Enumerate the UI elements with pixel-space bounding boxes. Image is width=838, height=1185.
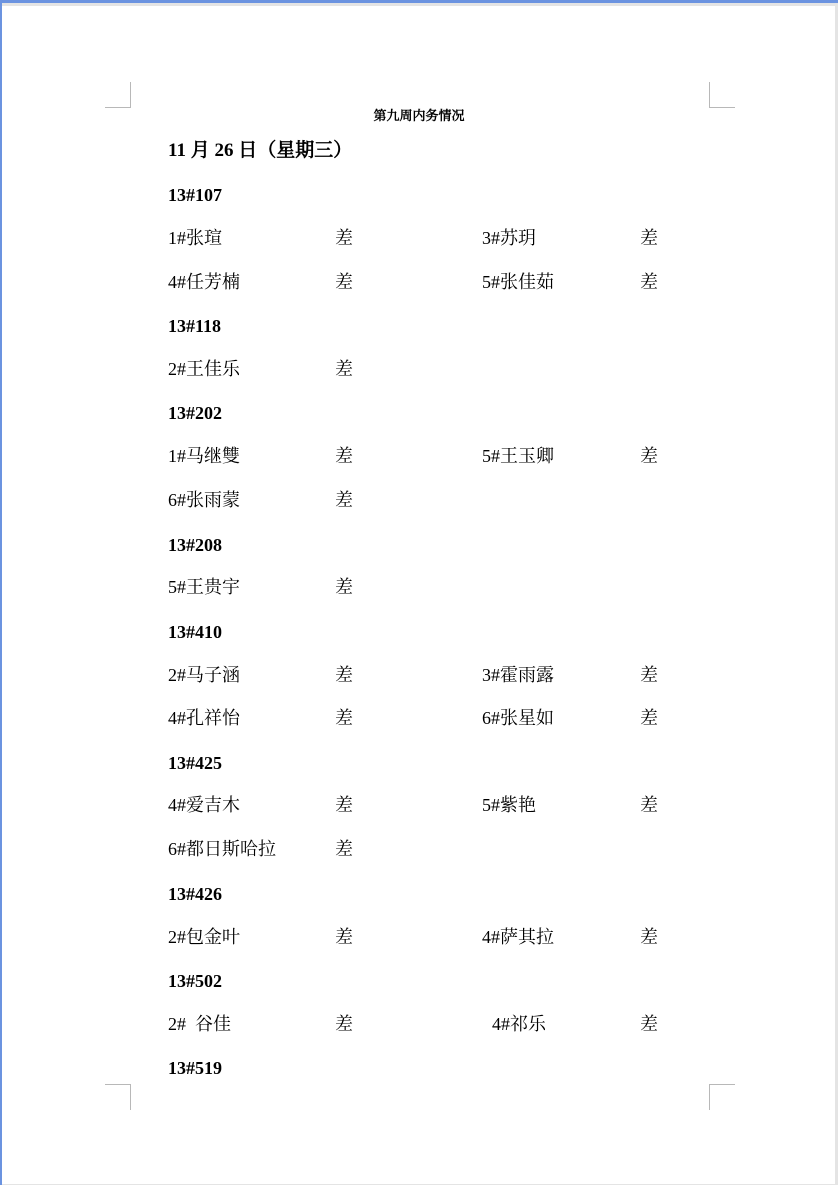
grade-label: 差 [335, 1013, 353, 1035]
grade-label: 差 [335, 664, 353, 686]
resident-name: 5#张佳茹 [482, 271, 554, 293]
resident-name: 5#王玉卿 [482, 445, 554, 467]
document-title: 第九周内务情况 [0, 108, 838, 126]
room-heading: 13#202 [168, 402, 222, 424]
document-page: 第九周内务情况 11 月 26 日（星期三） 13#107 1#张瑄 差 3#苏… [0, 0, 838, 1185]
grade-label: 差 [335, 271, 353, 293]
resident-name: 2# 谷佳 [168, 1013, 231, 1035]
resident-name: 2#马子涵 [168, 664, 240, 686]
room-heading: 13#208 [168, 534, 222, 556]
resident-name: 3#苏玥 [482, 227, 536, 249]
resident-name: 6#张雨蒙 [168, 489, 240, 511]
grade-label: 差 [335, 445, 353, 467]
resident-name: 2#王佳乐 [168, 358, 240, 380]
resident-name: 5#紫艳 [482, 794, 536, 816]
margin-corner-mark-bottom-right [709, 1084, 735, 1110]
window-left-accent-bar [0, 0, 2, 1185]
grade-label: 差 [640, 271, 658, 293]
grade-label: 差 [335, 707, 353, 729]
resident-name: 4#爱吉木 [168, 794, 240, 816]
grade-label: 差 [640, 227, 658, 249]
resident-name: 4#孔祥怡 [168, 707, 240, 729]
resident-name: 4#祁乐 [492, 1013, 546, 1035]
margin-corner-mark-bottom-left [105, 1084, 131, 1110]
resident-name: 4#任芳楠 [168, 271, 240, 293]
grade-label: 差 [335, 489, 353, 511]
resident-name: 1#马继雙 [168, 445, 240, 467]
room-heading: 13#426 [168, 883, 222, 905]
grade-label: 差 [640, 664, 658, 686]
resident-name: 1#张瑄 [168, 227, 222, 249]
room-heading: 13#425 [168, 752, 222, 774]
grade-label: 差 [335, 358, 353, 380]
grade-label: 差 [640, 445, 658, 467]
resident-name: 6#张星如 [482, 707, 554, 729]
room-heading: 13#502 [168, 970, 222, 992]
grade-label: 差 [640, 794, 658, 816]
resident-name: 5#王贵宇 [168, 576, 240, 598]
room-heading: 13#519 [168, 1057, 222, 1079]
grade-label: 差 [335, 838, 353, 860]
grade-label: 差 [335, 926, 353, 948]
room-heading: 13#410 [168, 621, 222, 643]
resident-name: 2#包金叶 [168, 926, 240, 948]
resident-name: 3#霍雨露 [482, 664, 554, 686]
grade-label: 差 [335, 794, 353, 816]
grade-label: 差 [640, 707, 658, 729]
margin-corner-mark-top-right [709, 82, 735, 108]
resident-name: 4#萨其拉 [482, 926, 554, 948]
grade-label: 差 [335, 576, 353, 598]
grade-label: 差 [335, 227, 353, 249]
margin-corner-mark-top-left [105, 82, 131, 108]
date-heading: 11 月 26 日（星期三） [168, 139, 352, 163]
resident-name: 6#都日斯哈拉 [168, 838, 276, 860]
room-heading: 13#118 [168, 315, 221, 337]
room-heading: 13#107 [168, 184, 222, 206]
grade-label: 差 [640, 926, 658, 948]
window-top-border [2, 3, 838, 6]
grade-label: 差 [640, 1013, 658, 1035]
